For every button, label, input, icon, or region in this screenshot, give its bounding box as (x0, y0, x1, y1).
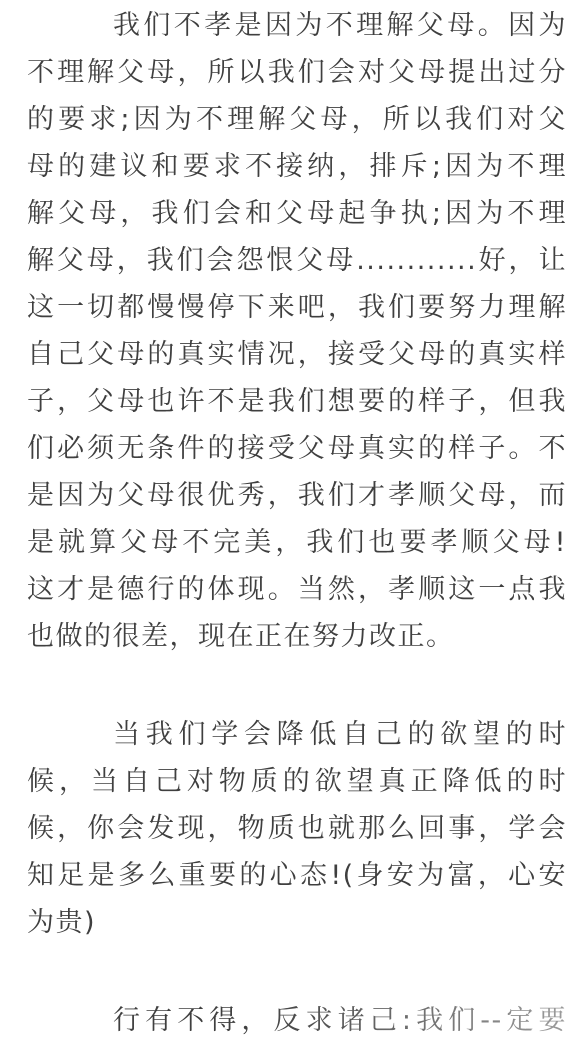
paragraph: 我们不孝是因为不理解父母。因为不理解父母，所以我们会对父母提出过分的要求;因为不… (27, 2, 567, 660)
text-line: 行有不得，反求诸己:我们--定要 (27, 997, 567, 1044)
text-line: 当我们学会降低自己的欲望的时 (27, 711, 567, 758)
text-line: 这一切都慢慢停下来吧，我们要努力理解 (27, 284, 567, 331)
article-text: 我们不孝是因为不理解父母。因为不理解父母，所以我们会对父母提出过分的要求;因为不… (0, 0, 580, 1044)
paragraph: 当我们学会降低自己的欲望的时候，当自己对物质的欲望真正降低的时候，你会发现，物质… (27, 711, 567, 946)
text-line: 候，你会发现，物质也就那么回事，学会 (27, 805, 567, 852)
text-line: 是因为父母很优秀，我们才孝顺父母，而 (27, 472, 567, 519)
text-line: 的要求;因为不理解父母，所以我们对父 (27, 96, 567, 143)
text-line: 解父母，我们会和父母起争执;因为不理 (27, 190, 567, 237)
text-line: 我们不孝是因为不理解父母。因为 (27, 2, 567, 49)
paragraph: 行有不得，反求诸己:我们--定要 (27, 997, 567, 1044)
text-line: 是就算父母不完美，我们也要孝顺父母! (27, 519, 567, 566)
text-line: 也做的很差，现在正在努力改正。 (27, 613, 567, 660)
page: { "page": { "background": "#ffffff", "te… (0, 0, 580, 1047)
text-line: 不理解父母，所以我们会对父母提出过分 (27, 49, 567, 96)
text-line: 候，当自己对物质的欲望真正降低的时 (27, 758, 567, 805)
text-line: 子，父母也许不是我们想要的样子，但我 (27, 378, 567, 425)
text-line: 解父母，我们会怨恨父母............好，让 (27, 237, 567, 284)
text-line: 这才是德行的体现。当然，孝顺这一点我 (27, 566, 567, 613)
text-line: 母的建议和要求不接纳，排斥;因为不理 (27, 143, 567, 190)
text-line: 自己父母的真实情况，接受父母的真实样 (27, 331, 567, 378)
text-line: 们必须无条件的接受父母真实的样子。不 (27, 425, 567, 472)
text-line: 知足是多么重要的心态!(身安为富，心安 (27, 852, 567, 899)
text-line: 为贵) (27, 899, 567, 946)
